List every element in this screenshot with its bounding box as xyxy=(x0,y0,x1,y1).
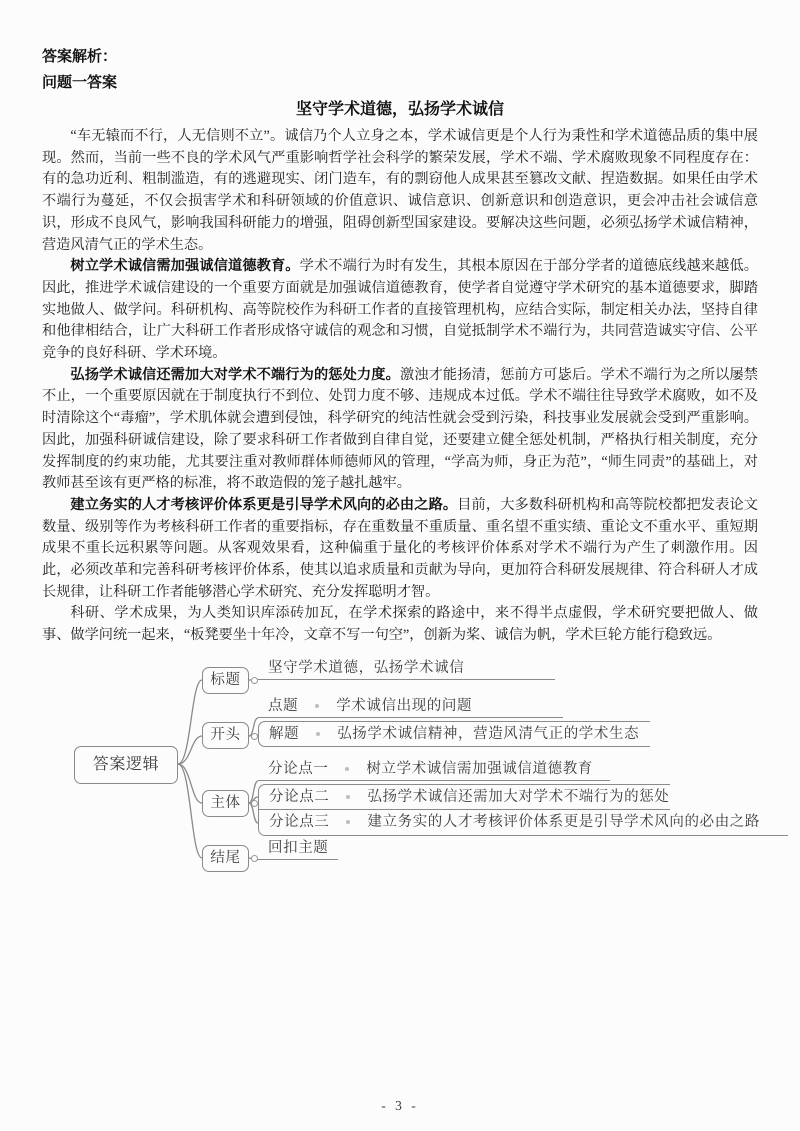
paragraph-5: 科研、学术成果，为人类知识库添砖加瓦，在学术探索的路途中，来不得半点虚假，学术研… xyxy=(42,603,758,646)
leaf-label: 分论点二 xyxy=(269,789,329,805)
leaf-label: 点题 xyxy=(268,698,298,714)
section-heading-question-one: 问题一答案 xyxy=(42,70,758,96)
paragraph-4-lead: 建立务实的人才考核评价体系更是引导学术风向的必由之路。 xyxy=(70,497,457,513)
leaf-text: 建立务实的人才考核评价体系更是引导学术风向的必由之路 xyxy=(367,814,760,830)
bullet-dot-icon xyxy=(346,795,350,799)
mindmap-branch-body: 主体 xyxy=(202,790,249,817)
node-connector-dot xyxy=(251,733,258,740)
leaf-text: 学术诚信出现的问题 xyxy=(336,698,472,714)
paragraph-2-lead: 树立学术诚信需加强诚信道德教育。 xyxy=(70,258,299,274)
mindmap-leaf-argument-1: 分论点一树立学术诚信需加强诚信道德教育 xyxy=(258,759,610,781)
bullet-dot-icon xyxy=(345,767,349,771)
paragraph-3: 弘扬学术诚信还需加大对学术不端行为的惩处力度。激浊才能扬清，惩前方可毖后。学术不… xyxy=(42,365,758,495)
leaf-text: 回扣主题 xyxy=(268,840,328,856)
section-heading-answer-analysis: 答案解析： xyxy=(42,44,758,70)
mindmap-branch-opening: 开头 xyxy=(202,722,249,749)
essay-title: 坚守学术道德，弘扬学术诚信 xyxy=(42,97,758,123)
paragraph-3-lead: 弘扬学术诚信还需加大对学术不端行为的惩处力度。 xyxy=(70,367,400,383)
mindmap-branch-title: 标题 xyxy=(202,667,249,694)
document-body: 答案解析： 问题一答案 坚守学术道德，弘扬学术诚信 “车无辕而不行，人无信则不立… xyxy=(0,0,800,891)
leaf-label: 分论点一 xyxy=(268,761,328,777)
node-connector-dot xyxy=(251,800,258,807)
mindmap-root-node: 答案逻辑 xyxy=(74,746,178,784)
bullet-dot-icon xyxy=(316,732,320,736)
mindmap-leaf-interpret-topic: 解题弘扬学术诚信精神，营造风清气正的学术生态 xyxy=(258,721,650,747)
paragraph-3-text: 激浊才能扬清，惩前方可毖后。学术不端行为之所以屡禁不止，一个重要原因就在于制度执… xyxy=(42,367,758,492)
mindmap-leaf-echo-theme: 回扣主题 xyxy=(258,838,338,860)
paragraph-5-text: 科研、学术成果，为人类知识库添砖加瓦，在学术探索的路途中，来不得半点虚假，学术研… xyxy=(42,605,758,643)
node-connector-dot xyxy=(251,855,258,862)
leaf-text: 坚守学术道德，弘扬学术诚信 xyxy=(268,660,464,676)
mindmap-leaf-argument-2: 分论点二弘扬学术诚信还需加大对学术不端行为的惩处力度 xyxy=(258,784,670,810)
node-connector-dot xyxy=(251,677,258,684)
document-page: 答案解析： 问题一答案 坚守学术道德，弘扬学术诚信 “车无辕而不行，人无信则不立… xyxy=(0,0,800,1131)
mindmap-leaf-argument-3: 分论点三建立务实的人才考核评价体系更是引导学术风向的必由之路 xyxy=(258,810,788,836)
leaf-text: 弘扬学术诚信精神，营造风清气正的学术生态 xyxy=(337,726,639,742)
leaf-text: 树立学术诚信需加强诚信道德教育 xyxy=(366,761,593,777)
paragraph-4: 建立务实的人才考核评价体系更是引导学术风向的必由之路。目前，大多数科研机构和高等… xyxy=(42,495,758,604)
leaf-label: 解题 xyxy=(269,726,299,742)
answer-logic-mindmap: 答案逻辑 标题 开头 主体 结尾 坚守学术道德，弘扬学术诚信 点题学术诚信出现的… xyxy=(0,651,800,891)
bullet-dot-icon xyxy=(346,820,350,824)
mindmap-leaf-point-out-topic: 点题学术诚信出现的问题 xyxy=(258,696,563,718)
mindmap-branch-ending: 结尾 xyxy=(202,845,249,872)
paragraph-2: 树立学术诚信需加强诚信道德教育。学术不端行为时有发生，其根本原因在于部分学者的道… xyxy=(42,256,758,365)
mindmap-leaf-essay-title: 坚守学术道德，弘扬学术诚信 xyxy=(258,658,555,680)
page-number: - 3 - xyxy=(0,1098,800,1114)
paragraph-1: “车无辕而不行，人无信则不立”。诚信乃个人立身之本，学术诚信更是个人行为秉性和学… xyxy=(42,126,758,256)
leaf-text: 弘扬学术诚信还需加大对学术不端行为的惩处力度 xyxy=(367,789,670,805)
paragraph-1-text: “车无辕而不行，人无信则不立”。诚信乃个人立身之本，学术诚信更是个人行为秉性和学… xyxy=(42,128,758,253)
bullet-dot-icon xyxy=(315,704,319,708)
leaf-label: 分论点三 xyxy=(269,814,329,830)
